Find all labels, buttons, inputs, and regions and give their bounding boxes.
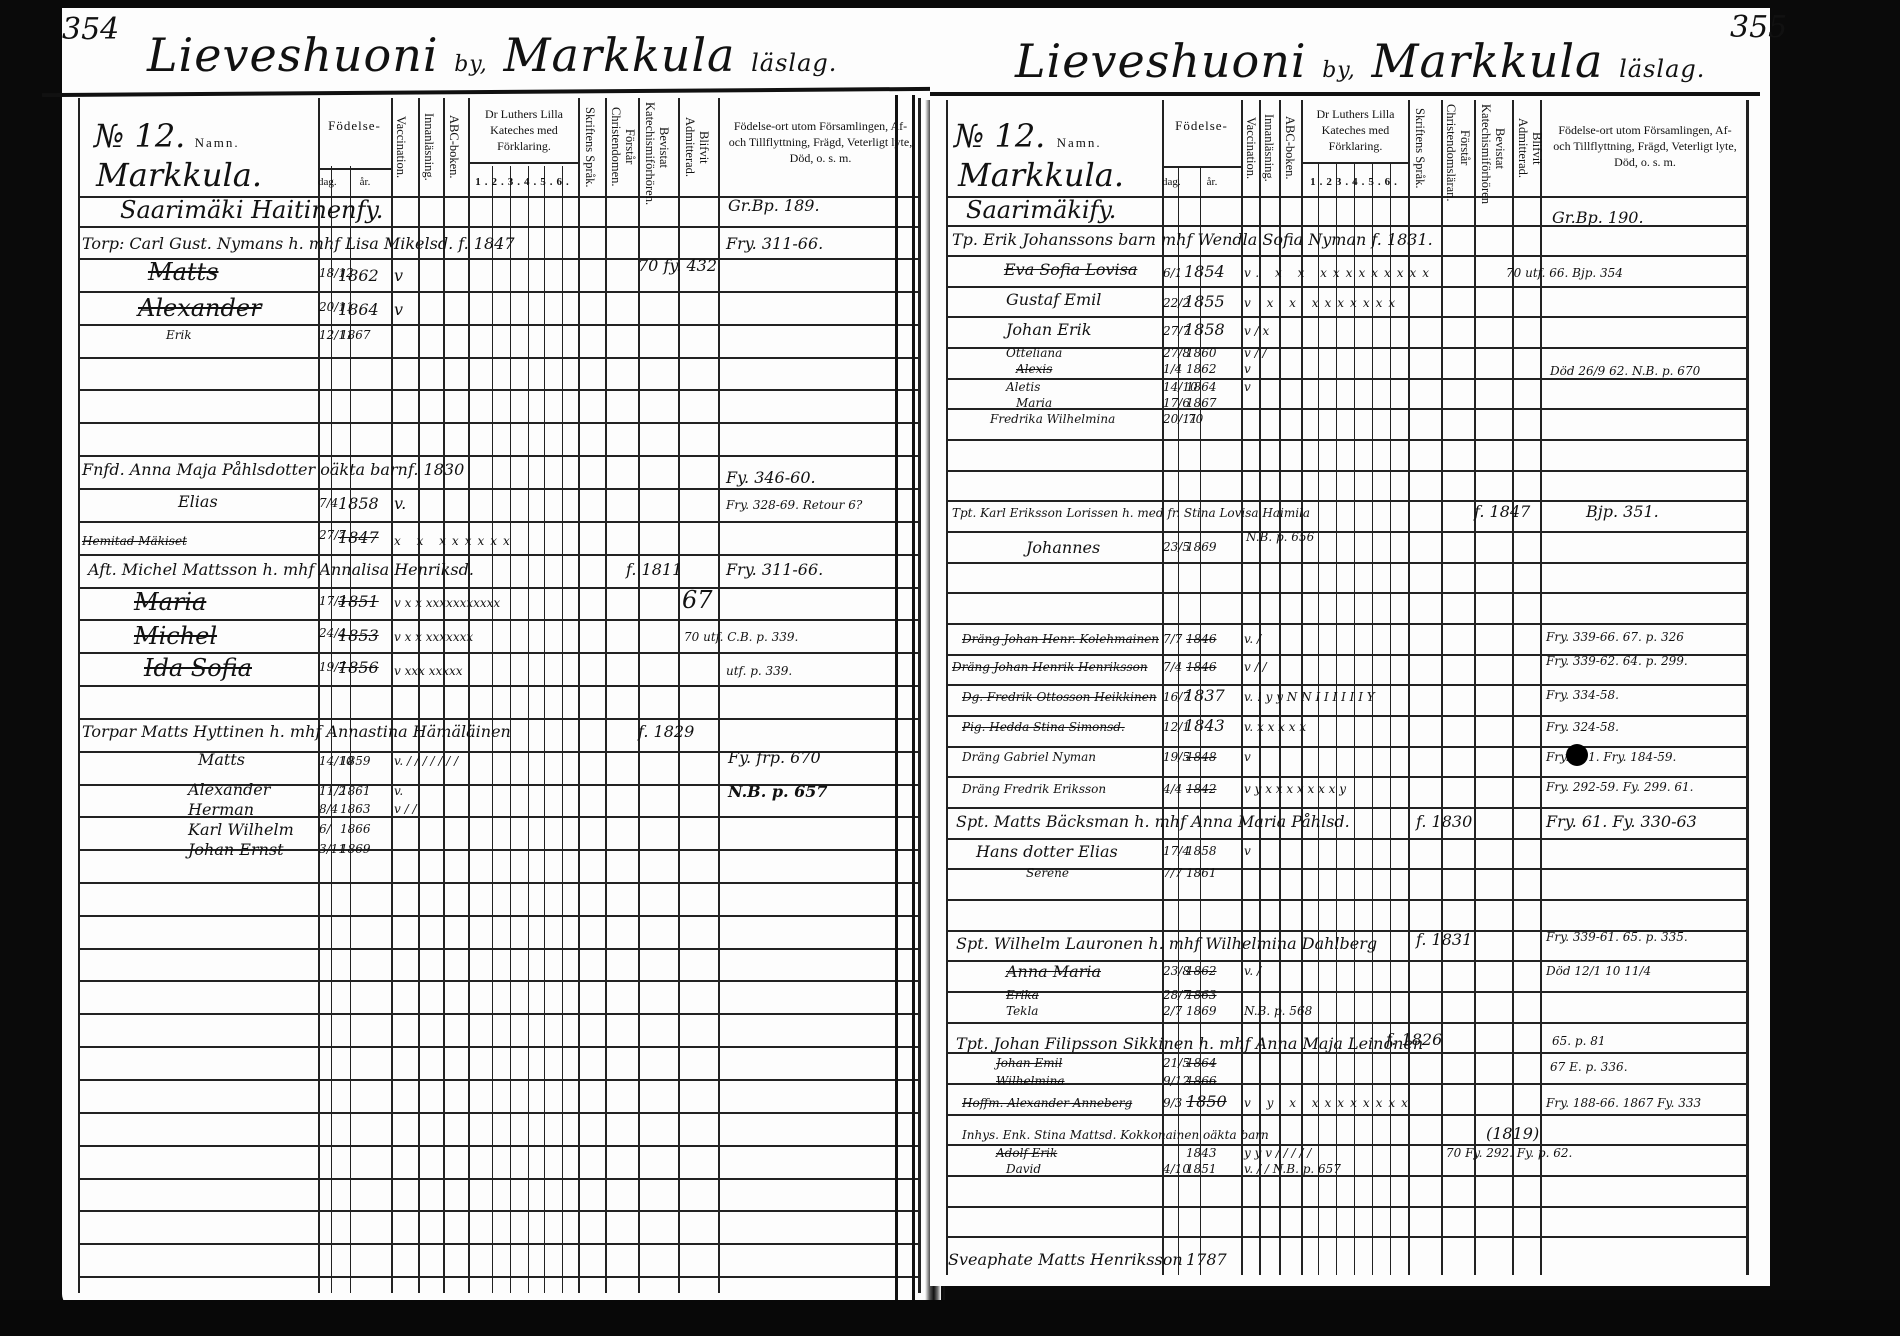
entry-year: 1837 (1184, 686, 1225, 705)
right-page: 355 Lieveshuoni by, Markkula läslag. № 1… (930, 8, 1770, 1286)
notes-header: Födelse-ort utom Församlingen, Af- och T… (728, 118, 913, 166)
entry-name: Dräng Johan Henrik Henriksson (952, 660, 1148, 674)
entry-name: Adolf Erik (996, 1146, 1057, 1160)
entry-marks: v (1244, 362, 1251, 376)
entry-year: 1846 (1186, 632, 1217, 646)
entry-name: Fnfd. Anna Maja Påhlsdotter oäkta barn (82, 460, 408, 479)
entry-name: Hans dotter Elias (976, 842, 1118, 861)
entry-year: 1869 (340, 842, 371, 856)
entry-day: 7/4 (319, 496, 338, 510)
heading-village: Lieveshuoni (1015, 34, 1307, 88)
entry-year: f. 1829 (638, 722, 694, 741)
entry-marks: v. / / / / / / / (394, 754, 458, 768)
entry-marks: v. (394, 784, 403, 798)
entry-note: 67 E. p. 336. (1550, 1060, 1628, 1074)
heading-by: by, (454, 52, 488, 77)
entry-marks: N.B. p. 656 (1246, 530, 1314, 544)
innanlasning-header: Innanläsning. (422, 102, 436, 192)
blifvit-header: Blifvit Admitterad. (683, 102, 711, 192)
entry-note: Fy. 346-60. (726, 468, 816, 487)
entry-note: Fry. 311-66. (726, 234, 823, 253)
entry-marks: v / / (394, 802, 417, 816)
ink-blot (1566, 744, 1588, 766)
entry-name: Ida Sofia (144, 654, 252, 682)
heading-by: by, (1322, 58, 1356, 83)
entry-name: Spt. Wilhelm Lauronen h. mhf Wilhelmina … (956, 934, 1377, 953)
entry-year: 1847 (338, 528, 379, 547)
entry-note: 70 utf. C.B. p. 339. (684, 630, 798, 644)
entry-day: 2/7 (1163, 1004, 1182, 1018)
entry-year: f. 1830 (1416, 812, 1472, 831)
entry-year: (1819) (1486, 1124, 1539, 1143)
luther-numbers: 1.2.3.4.5.6. (470, 174, 578, 190)
notes-header: Födelse-ort utom Församlingen, Af- och T… (1550, 122, 1740, 170)
entry-marks: v. / / N.B. p. 657 (1244, 1162, 1341, 1176)
entry-name: Matts (148, 258, 219, 286)
entry-name: Elias (178, 492, 218, 511)
entry-year: 1846 (1186, 660, 1217, 674)
entry-marks: v / / (1244, 660, 1267, 674)
entry-note: Fry. 339-62. 64. p. 299. (1546, 654, 1688, 668)
entry-marks: v x x xxxxxxx (1244, 296, 1401, 310)
entry-marks: v (394, 266, 403, 285)
entry-note: Död 26/9 62. N.B. p. 670 (1550, 364, 1700, 378)
entry-marks: v. (394, 494, 406, 513)
luther-header: Dr Luthers Lilla Kateches med Förklaring… (1303, 106, 1408, 154)
entry-name: Dg. Fredrik Ottosson Heikkinen (962, 690, 1157, 704)
entry-name: Alexis (1016, 362, 1052, 376)
entry-name: Sveaphate Matts Henriksson (948, 1250, 1183, 1269)
entry-marks: v. x x x x x (1244, 720, 1306, 734)
entry-note: Fry. 292-59. Fy. 299. 61. (1546, 780, 1694, 794)
innanlasning-header: Innanläsning. (1262, 104, 1276, 192)
heading-lag: läslag. (751, 49, 837, 77)
entry-marks: v y x x x x x x x y (1244, 782, 1346, 796)
entry-name: Spt. Matts Bäcksman h. mhf Anna Maria På… (956, 812, 1350, 831)
entry-marks: v (394, 300, 403, 319)
entry-name: Gustaf Emil (1006, 290, 1101, 309)
entry-day: 7/4 (1163, 660, 1182, 674)
entry-name: Hoffm. Alexander Anneberg (962, 1096, 1132, 1110)
luther-header: Dr Luthers Lilla Kateches med Förklaring… (470, 106, 578, 154)
entry-year: 1862 (338, 266, 379, 285)
entry-year: 1843 (1184, 716, 1225, 735)
entry-year: 1869 (1186, 1004, 1217, 1018)
entry-year: 1850 (1186, 1092, 1227, 1111)
entry-name: Alexander (188, 780, 270, 799)
entry-marks: v / x (1244, 324, 1269, 338)
sub-farm: Saarimäkify. (966, 196, 1116, 224)
entry-name: Matts (198, 750, 245, 769)
entry-year: 1842 (1186, 782, 1217, 796)
entry-note: N.B. p. 657 (728, 782, 828, 801)
header-rule (42, 87, 932, 97)
entry-year: f. 1847 (1474, 502, 1530, 521)
entry-year: f. 1830 (408, 460, 464, 479)
ar-header: år. (1184, 174, 1240, 190)
namn-label: Namn. (1057, 135, 1102, 150)
entry-day: 8/4 (319, 802, 338, 816)
page-heading: Lieveshuoni by, Markkula läslag. (1015, 34, 1705, 88)
skriftens-header: Skriftens Språk. (1413, 104, 1427, 192)
scan-background (0, 1300, 1900, 1336)
heading-district: Markkula (503, 28, 735, 82)
entry-name: Aft. Michel Mattsson h. mhf Annalisa Hen… (88, 560, 474, 579)
entry-note: Fry. 61. Fy. 330-63 (1546, 812, 1697, 831)
entry-note: Fry. 311-66. (726, 560, 823, 579)
entry-name: Tp. Erik Johanssons barn mhf Wendla Sofi… (952, 230, 1433, 249)
entry-marks: x x xxxxxx (394, 534, 516, 548)
entry-year: 1854 (1184, 262, 1225, 281)
entry-note: Fry. 324-58. (1546, 720, 1619, 734)
forstar-header: Förstår Christendomen. (609, 102, 637, 192)
entry-year: 1866 (340, 822, 371, 836)
entry-name: Alexander (138, 294, 262, 322)
entry-year: 1858 (1184, 320, 1225, 339)
entry-name: Wilhelmina (996, 1074, 1065, 1088)
top-note: Gr.Bp. 189. (728, 196, 820, 215)
entry-name: Johan Emil (996, 1056, 1062, 1070)
entry-name: Maria (1016, 396, 1052, 410)
entry-year: 1861 (1186, 866, 1217, 880)
entry-marks: v (1244, 750, 1251, 764)
bevistat-header: Bevistat Katechismiförhören. (643, 102, 671, 192)
fodelse-header: Födelse- (318, 118, 391, 134)
entry-note: Fry. 188-66. 1867 Fy. 333 (1546, 1096, 1701, 1110)
entry-marks: v. ! y y N N I I I I I I Y (1244, 690, 1375, 704)
blifvit-header: Blifvit Admitterad. (1516, 104, 1544, 192)
entry-day: 9/3 (1163, 1096, 1182, 1110)
entry-name: Maria (134, 588, 206, 616)
entry-marks: v (1244, 380, 1251, 394)
entry-marks: v x x xxxxxxxxxxx (394, 596, 500, 610)
heading-village: Lieveshuoni (147, 28, 439, 82)
entry-year: 1851 (338, 592, 379, 611)
entry-name: Fredrika Wilhelmina (990, 412, 1115, 426)
entry-note: Fry. 339-66. 67. p. 326 (1546, 630, 1684, 644)
vaccination-header: Vaccination. (1244, 104, 1258, 192)
entry-year: 1863 (1186, 988, 1217, 1002)
entry-name: Erika (1006, 988, 1039, 1002)
entry-name: Tpt. Johan Filipsson Sikkinen h. mhf Ann… (956, 1034, 1423, 1053)
entry-year: 1859 (340, 754, 371, 768)
entry-name: Johan Ernst (188, 840, 284, 859)
entry-note: 65. p. 81 (1552, 1034, 1605, 1048)
entry-marks: v. / (1244, 964, 1261, 978)
entry-note: 67 (682, 586, 713, 614)
entry-marks: v y x xxxxxxxx (1244, 1096, 1414, 1110)
entry-name: Eva Sofia Lovisa (1004, 260, 1137, 279)
entry-note: Fry. 339-61. 65. p. 335. (1546, 930, 1688, 944)
ar-header: år. (340, 174, 390, 190)
entry-day: 1/4 (1163, 362, 1182, 376)
entry-note: Fry. 328-69. Retour 6? (726, 498, 862, 512)
entry-year: 1858 (338, 494, 379, 513)
entry-year: f. 1826 (1386, 1030, 1442, 1049)
entry-name: Michel (134, 622, 217, 650)
farm-name: Markkula. (958, 156, 1124, 194)
entry-year: 1860 (1186, 346, 1217, 360)
entry-note: 70 Fy. 292. Fy. p. 62. (1446, 1146, 1572, 1160)
entry-year: 1855 (1184, 292, 1225, 311)
entry-year: 1866 (1186, 1074, 1217, 1088)
entry-name: Anna Maria (1006, 962, 1101, 981)
entry-marks: v. / (1244, 632, 1261, 646)
entry-year: 1864 (338, 300, 379, 319)
entry-note: Fry. 334-58. (1546, 688, 1619, 702)
entry-name: Serene (1026, 866, 1069, 880)
entry-marks: v. x x xxxxxxxxx (1244, 266, 1435, 280)
entry-year: 1862 (1186, 362, 1217, 376)
entry-year: 1864 (1186, 380, 1217, 394)
entry-name: Pig. Hedda Stina Simonsd. (962, 720, 1125, 734)
abc-header: ABC-boken. (447, 102, 461, 192)
dag-header: dag. (1162, 174, 1180, 190)
entry-name: Tpt. Karl Eriksson Lorissen h. med fr. S… (952, 506, 1310, 520)
heading-lag: läslag. (1619, 55, 1705, 83)
entry-marks: v (1244, 844, 1251, 858)
skriftens-header: Skriftens Språk. (583, 102, 597, 192)
entry-year: 1861 (340, 784, 371, 798)
entry-year: 1853 (338, 626, 379, 645)
entry-year: 1858 (1186, 844, 1217, 858)
entry-year: 1848 (1186, 750, 1217, 764)
page-number: 354 (62, 12, 119, 47)
fodelse-header: Födelse- (1162, 118, 1241, 134)
entry-name: Herman (188, 800, 254, 819)
entry-year: 1863 (340, 802, 371, 816)
page-heading: Lieveshuoni by, Markkula läslag. (147, 28, 837, 82)
entry-note: Död 12/1 10 11/4 (1546, 964, 1651, 978)
dag-header: dag. (318, 174, 336, 190)
entry-year: 1787 (1186, 1250, 1227, 1269)
entry-name: Johan Erik (1006, 320, 1091, 339)
entry-year: 1869 (1186, 540, 1217, 554)
entry-day: 4/4 (1163, 782, 1182, 796)
entry-name: Karl Wilhelm (188, 820, 294, 839)
abc-header: ABC-boken. (1283, 104, 1297, 192)
sub-farm: Saarimäki Haitinenfy. (120, 196, 383, 224)
entry-note: 70 utf. 66. Bjp. 354 (1506, 266, 1623, 280)
forstar-header: Förstår Christendomsläran. (1444, 104, 1472, 192)
entry-name: Torp: Carl Gust. Nymans h. mhf Lisa Mike… (82, 234, 515, 253)
vaccination-header: Vaccination. (394, 102, 408, 192)
entry-name: Tekla (1006, 1004, 1038, 1018)
entry-name: Dräng Gabriel Nyman (962, 750, 1096, 764)
entry-year: 1843 (1186, 1146, 1217, 1160)
bevistat-header: Bevistat Katechismiförhören (1479, 104, 1507, 192)
right-ledger-grid: № 12. Namn. Födelse- dag. år. Vaccinatio… (946, 100, 1766, 1275)
entry-name: Otteliana (1006, 346, 1062, 360)
entry-year: f. 1831 (1416, 930, 1472, 949)
entry-name: Dräng Fredrik Eriksson (962, 782, 1106, 796)
binding-line (912, 95, 915, 1305)
entry-day: 7/7 (1163, 632, 1182, 646)
entry-marks: v x x xxxxxxx (394, 630, 473, 644)
namn-label: Namn. (195, 135, 240, 150)
entry-name: Torpar Matts Hyttinen h. mhf Annastina H… (82, 722, 511, 741)
entry-year: 1862 (1186, 964, 1217, 978)
entry-day: 6/1 (1163, 266, 1182, 280)
entry-year: 1864 (1186, 1056, 1217, 1070)
entry-marks: y y v / / / / / (1244, 1146, 1311, 1160)
entry-year: 1867 (1186, 396, 1217, 410)
entry-name: Erik (166, 328, 192, 342)
entry-note: 70 fy. 432 (638, 256, 717, 275)
entry-year: f. 1811 (626, 560, 682, 579)
entry-note: utf. p. 339. (726, 664, 792, 678)
farm-name: Markkula. (96, 156, 262, 194)
entry-note: Fy. frp. 670 (728, 748, 821, 767)
entry-year: 70 (1188, 412, 1203, 426)
entry-name: Hemitad Mäkiset (82, 534, 187, 548)
page-number: 355 (1730, 10, 1787, 45)
left-page: 354 Lieveshuoni by, Markkula läslag. (62, 8, 932, 1308)
entry-name: Dräng Johan Henr. Kolehmainen (962, 632, 1159, 646)
entry-year: 1851 (1186, 1162, 1217, 1176)
entry-day: 6/ (319, 822, 331, 836)
entry-note: Bjp. 351. (1586, 502, 1659, 521)
household-number: № 12. (94, 117, 185, 155)
left-ledger-grid: № 12. Namn. Födelse- dag. år. Vaccinatio… (78, 98, 930, 1293)
entry-name: Inhys. Enk. Stina Mattsd. Kokkonainen oä… (962, 1128, 1269, 1142)
entry-name: David (1006, 1162, 1041, 1176)
household-number: № 12. (954, 117, 1045, 155)
entry-day: 7/7 (1163, 866, 1182, 880)
heading-district: Markkula (1371, 34, 1603, 88)
binding-line (895, 95, 898, 1305)
entry-year: 1856 (338, 658, 379, 677)
entry-marks: v xxx xxxxx (394, 664, 463, 678)
header-rule (930, 92, 1760, 96)
entry-marks: v / / (1244, 346, 1267, 360)
entry-name: Aletis (1006, 380, 1040, 394)
luther-numbers: 1.23.4.5.6. (1303, 174, 1408, 190)
entry-marks: N.B. p. 568 (1244, 1004, 1312, 1018)
entry-name: Johannes (1026, 538, 1100, 557)
entry-year: 1867 (340, 328, 371, 342)
